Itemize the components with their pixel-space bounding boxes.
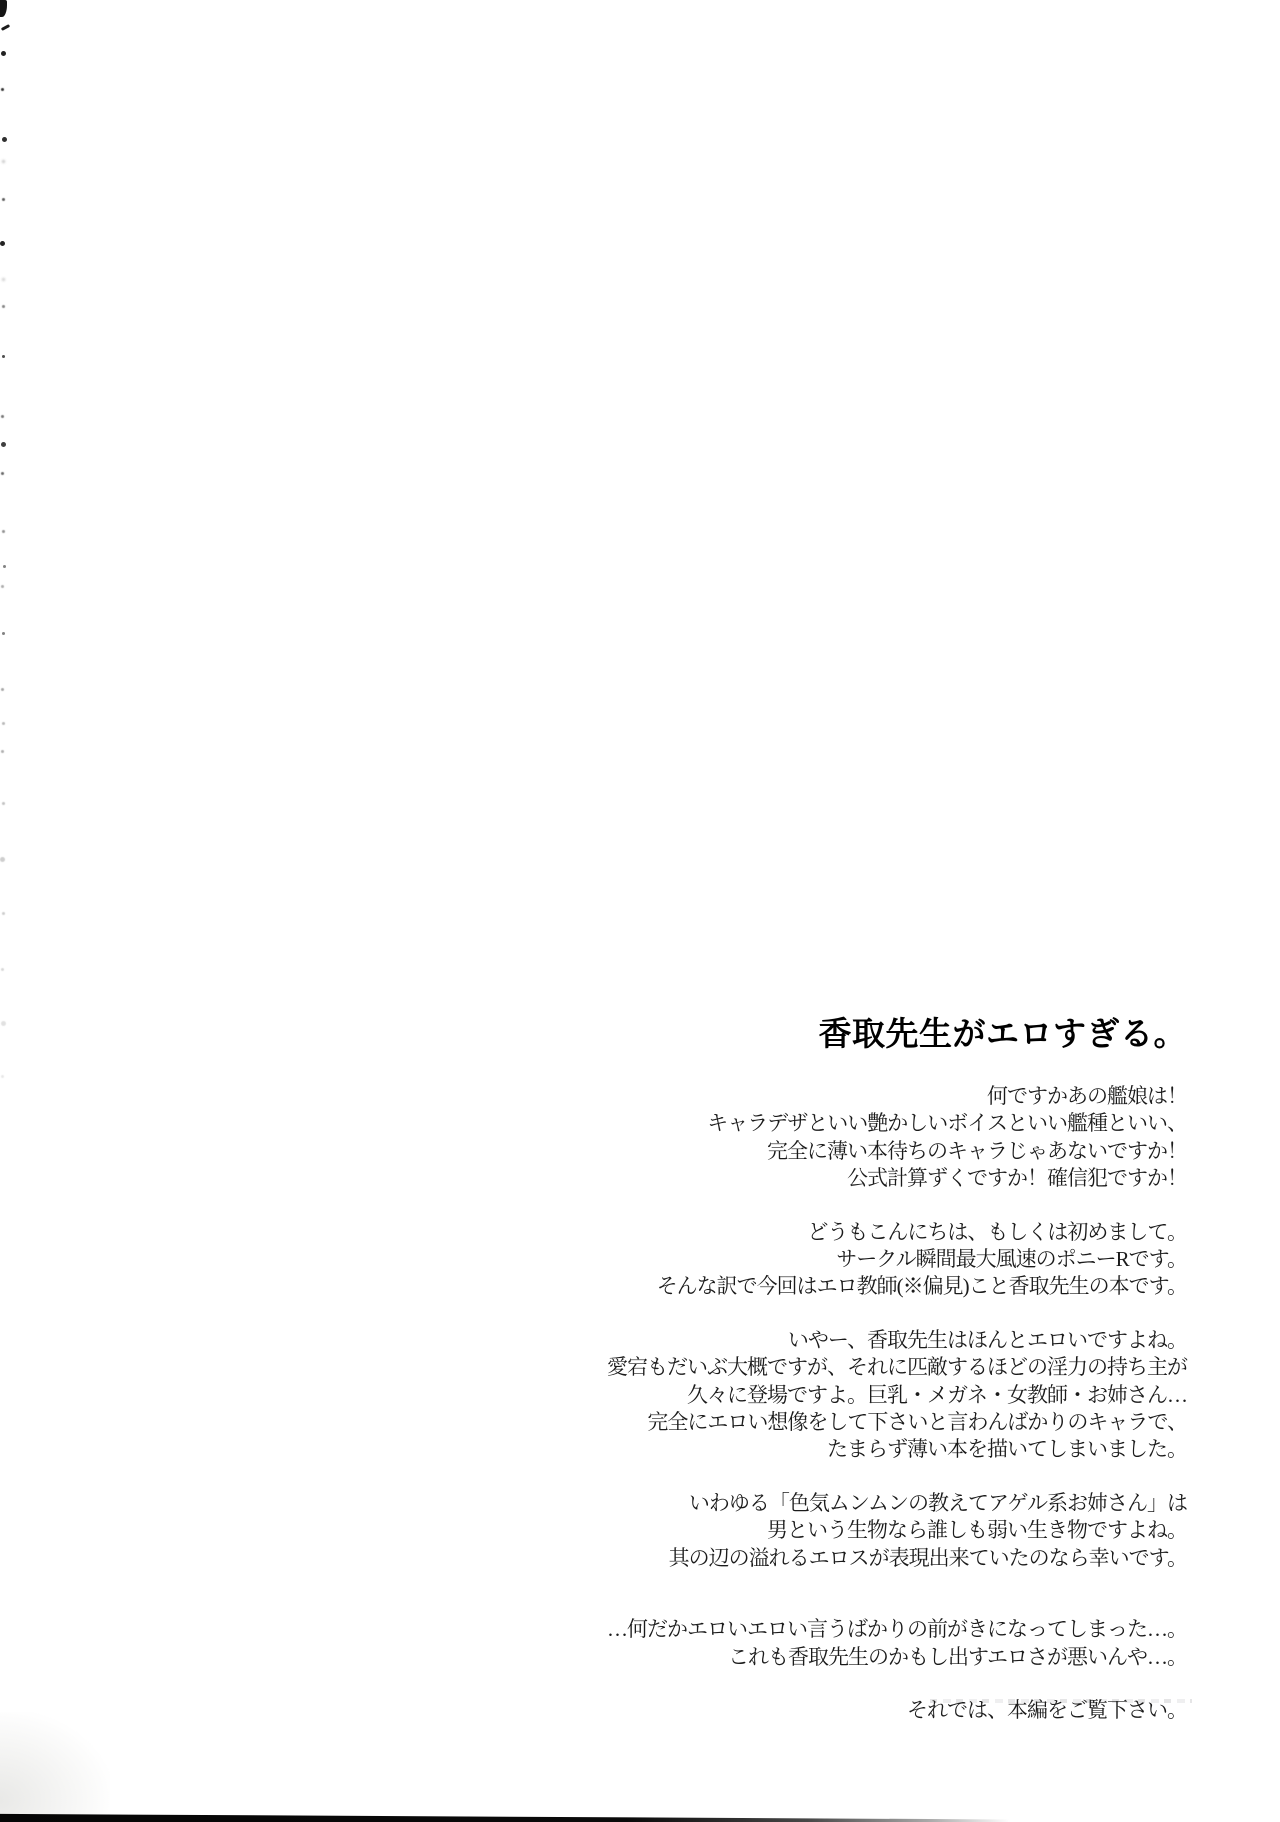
text-line: 公式計算ずくですか！確信犯ですか！ [427,1165,1187,1192]
text-line: どうもこんにちは、もしくは初めまして。 [427,1219,1187,1246]
closing-line: それでは、本編をご覧下さい。 [427,1697,1187,1724]
scan-corner-mark [0,0,7,17]
paragraph-2: どうもこんにちは、もしくは初めまして。 サークル瞬間最大風速のポニーRです。 そ… [427,1219,1187,1301]
text-line: たまらず薄い本を描いてしまいました。 [427,1436,1187,1463]
scan-bottom-edge-bar [0,1813,1010,1822]
text-line: これも香取先生のかもし出すエロさが悪いんや…。 [427,1644,1187,1671]
text-line: 完全に薄い本待ちのキャラじゃあないですか！ [427,1138,1187,1165]
text-line: …何だかエロいエロい言うばかりの前がきになってしまった…。 [427,1616,1187,1643]
scan-binding-specks [1,10,4,13]
afterword-text-block: 香取先生がエロすぎる。 何ですかあの艦娘は！ キャラデザといい艶かしいボイスとい… [427,1008,1187,1724]
text-line: いわゆる「色気ムンムンの教えてアゲル系お姉さん」は [427,1490,1187,1517]
scan-shadow-blob [0,1712,110,1822]
text-line: そんな訳で今回はエロ教師(※偏見)こと香取先生の本です。 [427,1273,1187,1300]
text-line: キャラデザといい艶かしいボイスといい艦種といい、 [427,1110,1187,1137]
text-line: 久々に登場ですよ。巨乳・メガネ・女教師・お姉さん… [427,1382,1187,1409]
paragraph-4: いわゆる「色気ムンムンの教えてアゲル系お姉さん」は 男という生物なら誰しも弱い生… [427,1490,1187,1572]
text-line: 何ですかあの艦娘は！ [427,1083,1187,1110]
text-line: 完全にエロい想像をして下さいと言わんばかりのキャラで、 [427,1409,1187,1436]
text-line: 男という生物なら誰しも弱い生き物ですよね。 [427,1517,1187,1544]
paragraph-5: …何だかエロいエロい言うばかりの前がきになってしまった…。 これも香取先生のかも… [427,1616,1187,1671]
page-title: 香取先生がエロすぎる。 [427,1008,1187,1055]
text-line: 愛宕もだいぶ大概ですが、それに匹敵するほどの淫力の持ち主が [427,1354,1187,1381]
text-line: いやー、香取先生はほんとエロいですよね。 [427,1327,1187,1354]
paragraph-1: 何ですかあの艦娘は！ キャラデザといい艶かしいボイスといい艦種といい、 完全に薄… [427,1083,1187,1193]
text-line: サークル瞬間最大風速のポニーRです。 [427,1246,1187,1273]
paragraph-3: いやー、香取先生はほんとエロいですよね。 愛宕もだいぶ大概ですが、それに匹敵する… [427,1327,1187,1464]
text-line: 其の辺の溢れるエロスが表現出来ていたのなら幸いです。 [427,1545,1187,1572]
